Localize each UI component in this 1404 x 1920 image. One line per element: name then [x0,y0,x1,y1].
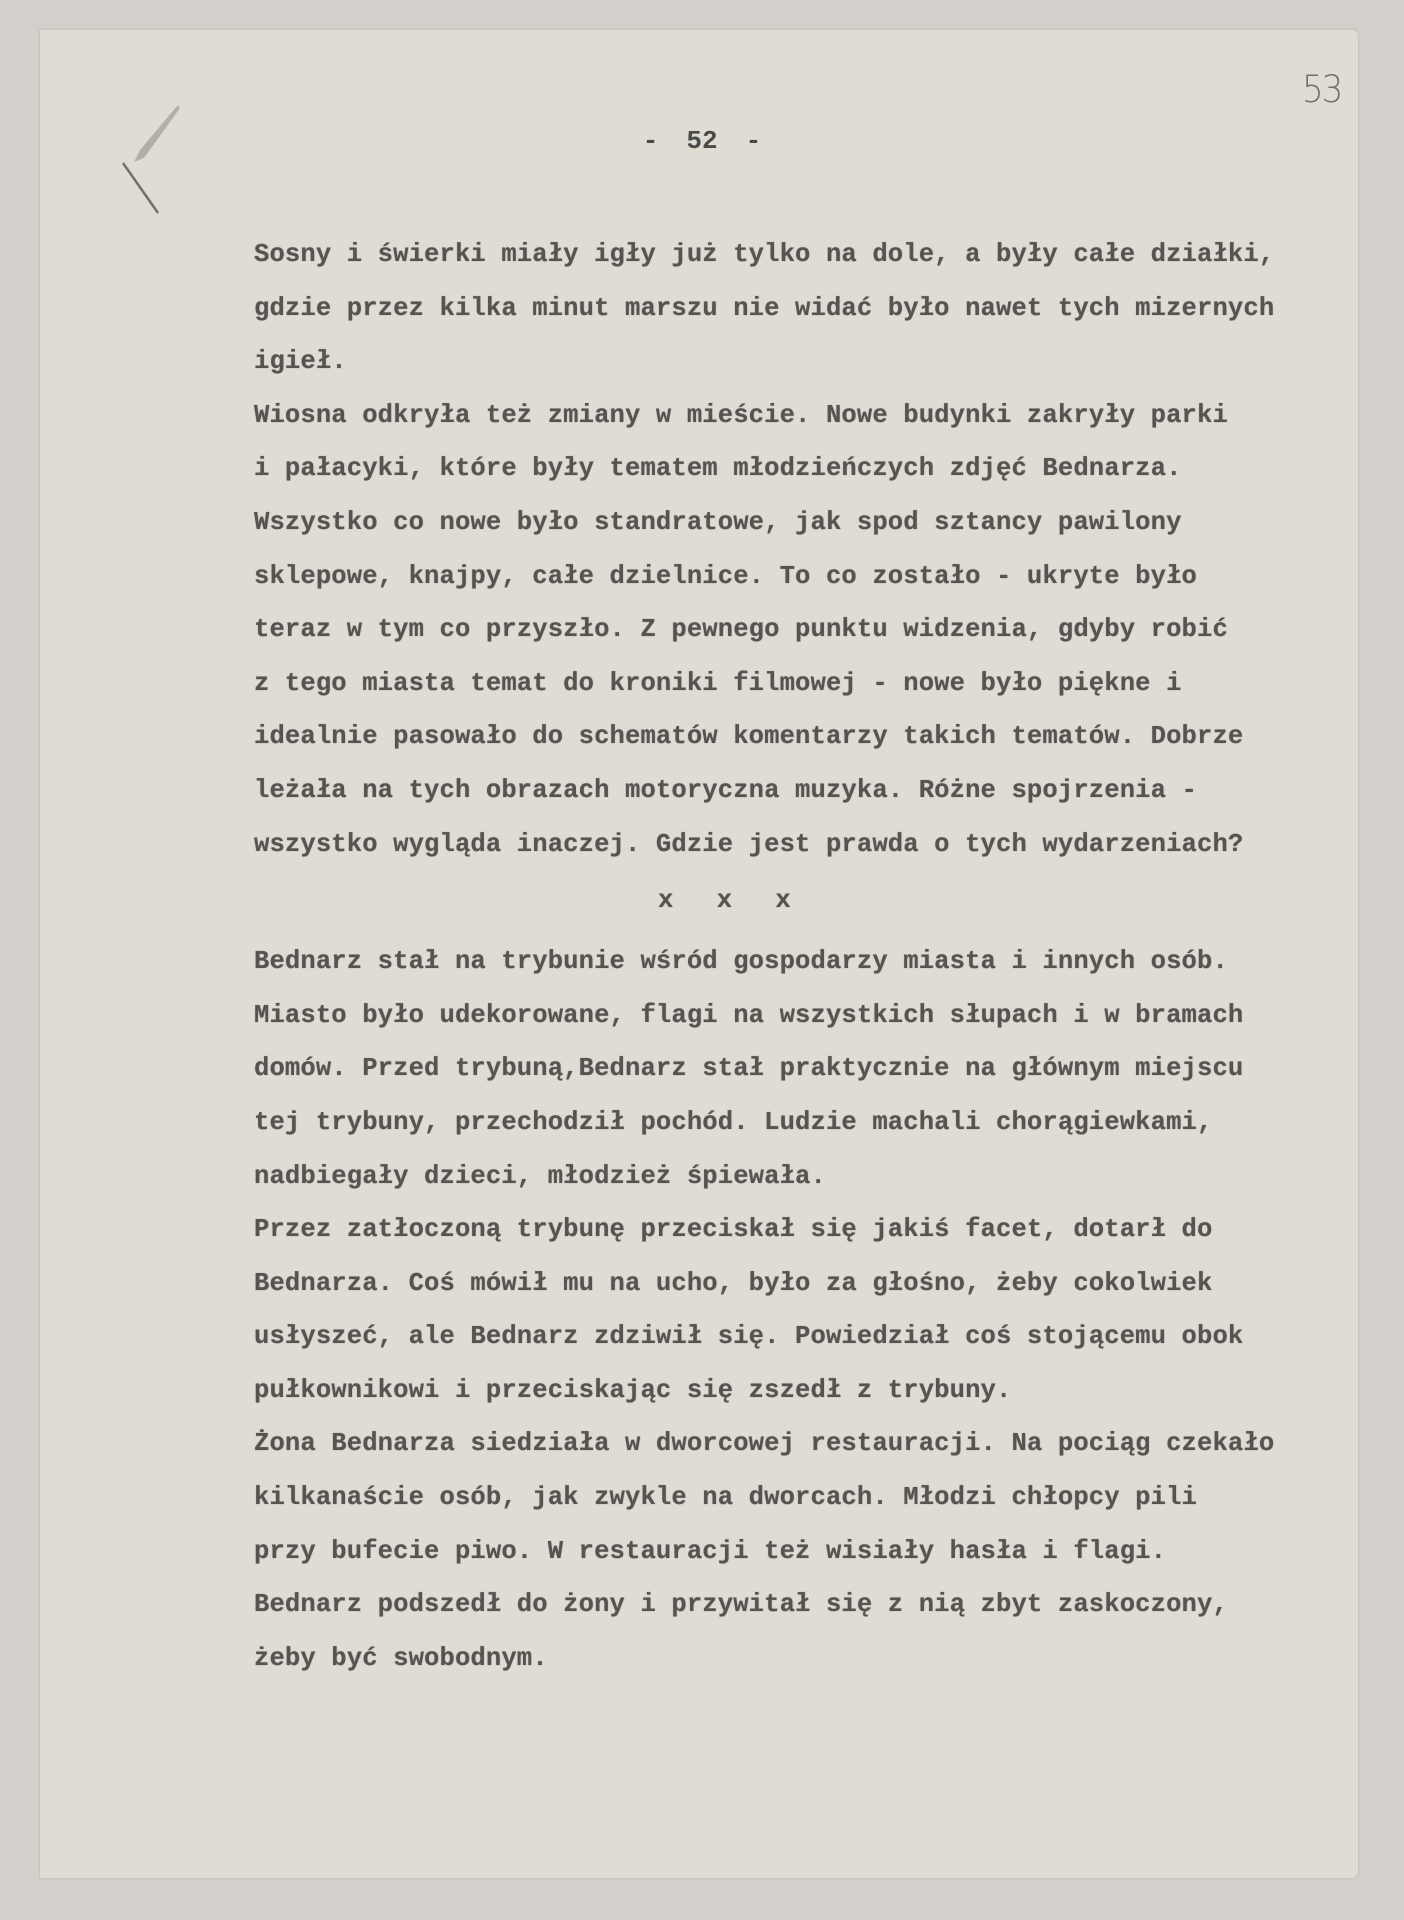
handwritten-folio-number: 53 [1302,68,1341,112]
pencil-mark-icon [100,100,190,230]
text-line: Wszystko co nowe było standratowe, jak s… [254,496,1354,550]
text-line: kilkanaście osób, jak zwykle na dworcach… [254,1471,1354,1525]
text-line: pułkownikowi i przeciskając się zszedł z… [254,1364,1354,1418]
typewritten-body: Sosny i świerki miały igły już tylko na … [254,228,1354,1685]
text-line: Miasto było udekorowane, flagi na wszyst… [254,989,1354,1043]
text-line: leżała na tych obrazach motoryczna muzyk… [254,764,1354,818]
text-line: Bednarza. Coś mówił mu na ucho, było za … [254,1257,1354,1311]
text-line: igieł. [254,335,1354,389]
text-line: sklepowe, knajpy, całe dzielnice. To co … [254,550,1354,604]
text-line: i pałacyki, które były tematem młodzieńc… [254,442,1354,496]
text-line: domów. Przed trybuną,Bednarz stał prakty… [254,1042,1354,1096]
page-number-dash-left: - [643,126,659,156]
page-number-dash-right: - [746,126,762,156]
page-number-value: 52 [686,126,717,156]
text-line: nadbiegały dzieci, młodzież śpiewała. [254,1150,1354,1204]
text-line: Żona Bednarza siedziała w dworcowej rest… [254,1417,1354,1471]
text-line: Bednarz podszedł do żony i przywitał się… [254,1578,1354,1632]
section-2: Bednarz stał na trybunie wśród gospodarz… [254,935,1354,1685]
section-1: Sosny i świerki miały igły już tylko na … [254,228,1354,871]
text-line: Przez zatłoczoną trybunę przeciskał się … [254,1203,1354,1257]
section-separator: x x x [254,871,1354,935]
text-line: Wiosna odkryła też zmiany w mieście. Now… [254,389,1354,443]
text-line: żeby być swobodnym. [254,1632,1354,1686]
text-line: idealnie pasowało do schematów komentarz… [254,710,1354,764]
text-line: gdzie przez kilka minut marszu nie widać… [254,282,1354,336]
text-line: usłyszeć, ale Bednarz zdziwił się. Powie… [254,1310,1354,1364]
text-line: teraz w tym co przyszło. Z pewnego punkt… [254,603,1354,657]
text-line: przy bufecie piwo. W restauracji też wis… [254,1525,1354,1579]
text-line: Bednarz stał na trybunie wśród gospodarz… [254,935,1354,989]
text-line: tej trybuny, przechodził pochód. Ludzie … [254,1096,1354,1150]
page-number: -52- [0,126,1404,156]
text-line: wszystko wygląda inaczej. Gdzie jest pra… [254,818,1354,872]
text-line: Sosny i świerki miały igły już tylko na … [254,228,1354,282]
text-line: z tego miasta temat do kroniki filmowej … [254,657,1354,711]
